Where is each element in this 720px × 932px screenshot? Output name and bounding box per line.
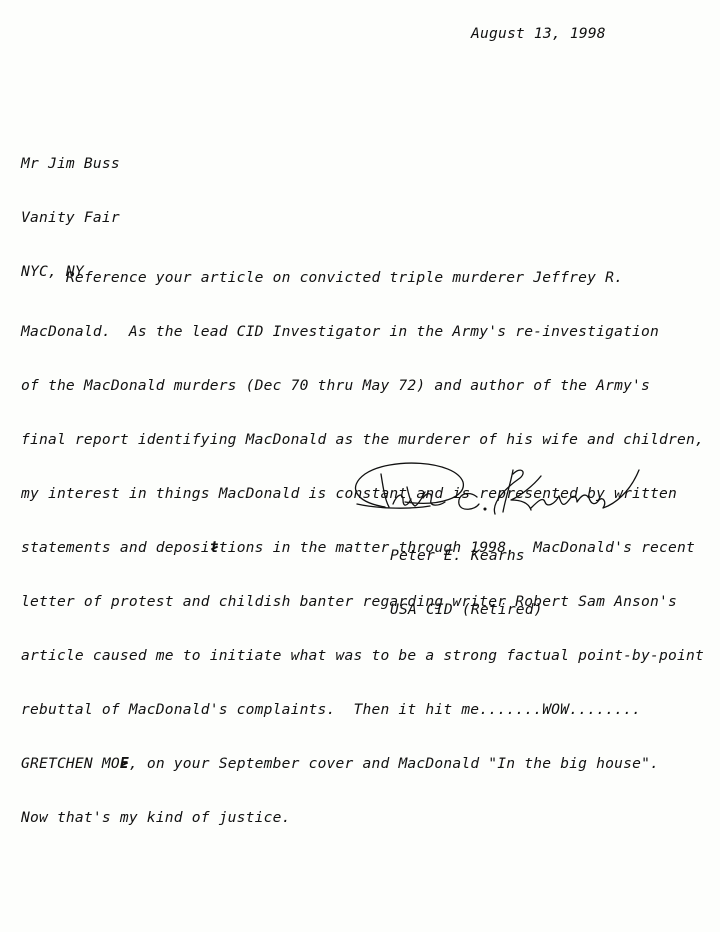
signer-title: USA CID (Retired): [390, 601, 543, 619]
body-line: letter of protest and childish banter re…: [21, 593, 704, 611]
letter-body: Reference your article on convicted trip…: [21, 233, 704, 845]
signer-name: Peter E. Kearns: [390, 547, 543, 565]
body-text-segment: , on your September cover and MacDonald …: [129, 755, 659, 772]
recipient-name: Mr Jim Buss: [21, 155, 120, 173]
signature-block: Peter E. Kearns USA CID (Retired): [390, 511, 543, 637]
body-text-segment: GRETCHEN MO: [21, 755, 120, 772]
body-line: article caused me to initiate what was t…: [21, 647, 704, 665]
recipient-publication: Vanity Fair: [21, 209, 120, 227]
body-line: final report identifying MacDonald as th…: [21, 431, 704, 449]
body-line: MacDonald. As the lead CID Investigator …: [21, 323, 704, 341]
body-line: Reference your article on convicted trip…: [21, 269, 704, 287]
body-line: of the MacDonald murders (Dec 70 thru Ma…: [21, 377, 704, 395]
body-line: Now that's my kind of justice.: [21, 809, 704, 827]
typewriter-overstrike: t: [210, 539, 219, 556]
typewriter-overstrike: E: [120, 755, 129, 772]
letter-date: August 13, 1998: [471, 25, 606, 43]
body-line: GRETCHEN MOE, on your September cover an…: [21, 755, 704, 773]
body-text-segment: statements and deposi: [21, 539, 210, 556]
body-line: rebuttal of MacDonald's complaints. Then…: [21, 701, 704, 719]
body-line: statements and deposittions in the matte…: [21, 539, 704, 557]
